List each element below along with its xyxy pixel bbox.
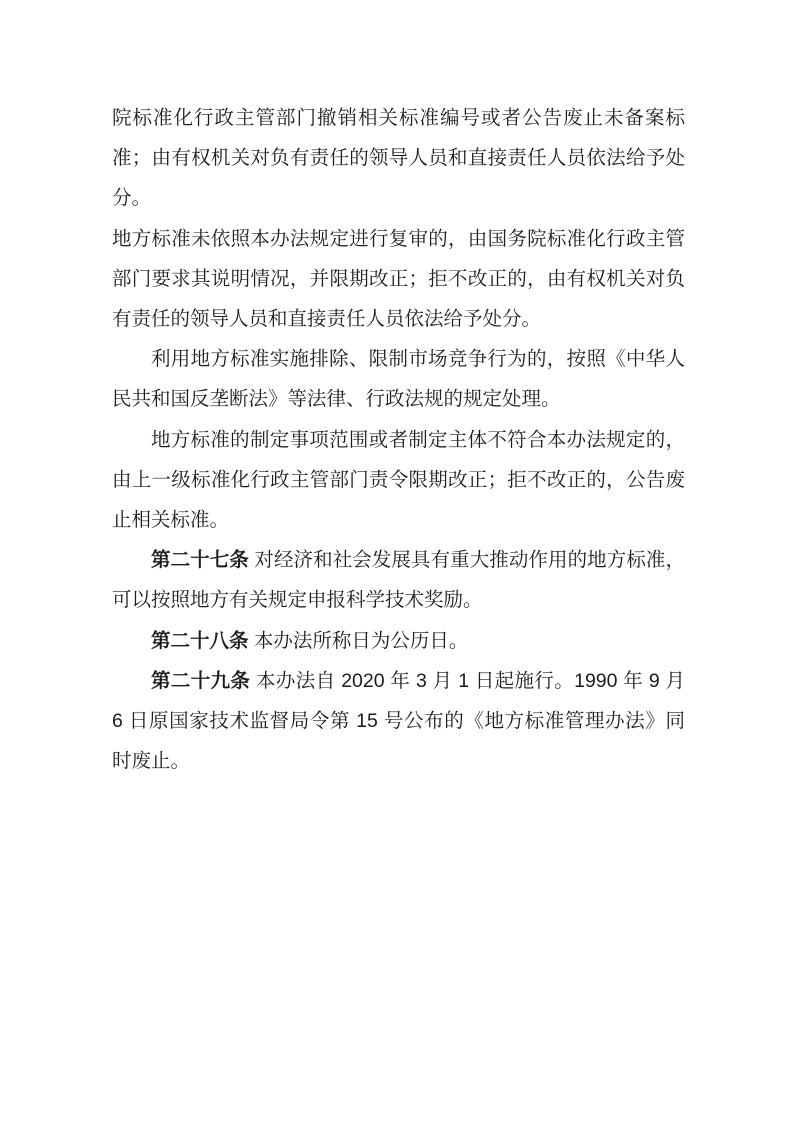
document-paragraph-article-28: 第二十八条 本办法所称日为公历日。 xyxy=(112,621,685,661)
document-paragraph: 地方标准未依照本办法规定进行复审的，由国务院标准化行政主管部门要求其说明情况，并… xyxy=(112,219,685,340)
paragraph-text: 地方标准未依照本办法规定进行复审的，由国务院标准化行政主管部门要求其说明情况，并… xyxy=(112,228,685,330)
document-paragraph: 地方标准的制定事项范围或者制定主体不符合本办法规定的，由上一级标准化行政主管部门… xyxy=(112,420,685,541)
document-page: 院标准化行政主管部门撤销相关标准编号或者公告废止未备案标准；由有权机关对负有责任… xyxy=(0,0,793,1122)
article-number: 第二十七条 xyxy=(151,549,249,571)
document-paragraph: 利用地方标准实施排除、限制市场竞争行为的，按照《中华人民共和国反垄断法》等法律、… xyxy=(112,339,685,419)
paragraph-text: 院标准化行政主管部门撤销相关标准编号或者公告废止未备案标准；由有权机关对负有责任… xyxy=(112,107,685,209)
article-number: 第二十八条 xyxy=(151,630,249,652)
document-paragraph-article-29: 第二十九条 本办法自 2020 年 3 月 1 日起施行。1990 年 9 月 … xyxy=(112,661,685,782)
paragraph-text: 利用地方标准实施排除、限制市场竞争行为的，按照《中华人民共和国反垄断法》等法律、… xyxy=(112,348,685,410)
paragraph-text: 本办法所称日为公历日。 xyxy=(249,630,469,652)
article-number: 第二十九条 xyxy=(151,670,250,692)
document-paragraph-article-27: 第二十七条 对经济和社会发展具有重大推动作用的地方标准，可以按照地方有关规定申报… xyxy=(112,540,685,620)
paragraph-text: 地方标准的制定事项范围或者制定主体不符合本办法规定的，由上一级标准化行政主管部门… xyxy=(112,429,685,531)
document-paragraph: 院标准化行政主管部门撤销相关标准编号或者公告废止未备案标准；由有权机关对负有责任… xyxy=(112,98,685,219)
document-body: 院标准化行政主管部门撤销相关标准编号或者公告废止未备案标准；由有权机关对负有责任… xyxy=(112,98,685,781)
